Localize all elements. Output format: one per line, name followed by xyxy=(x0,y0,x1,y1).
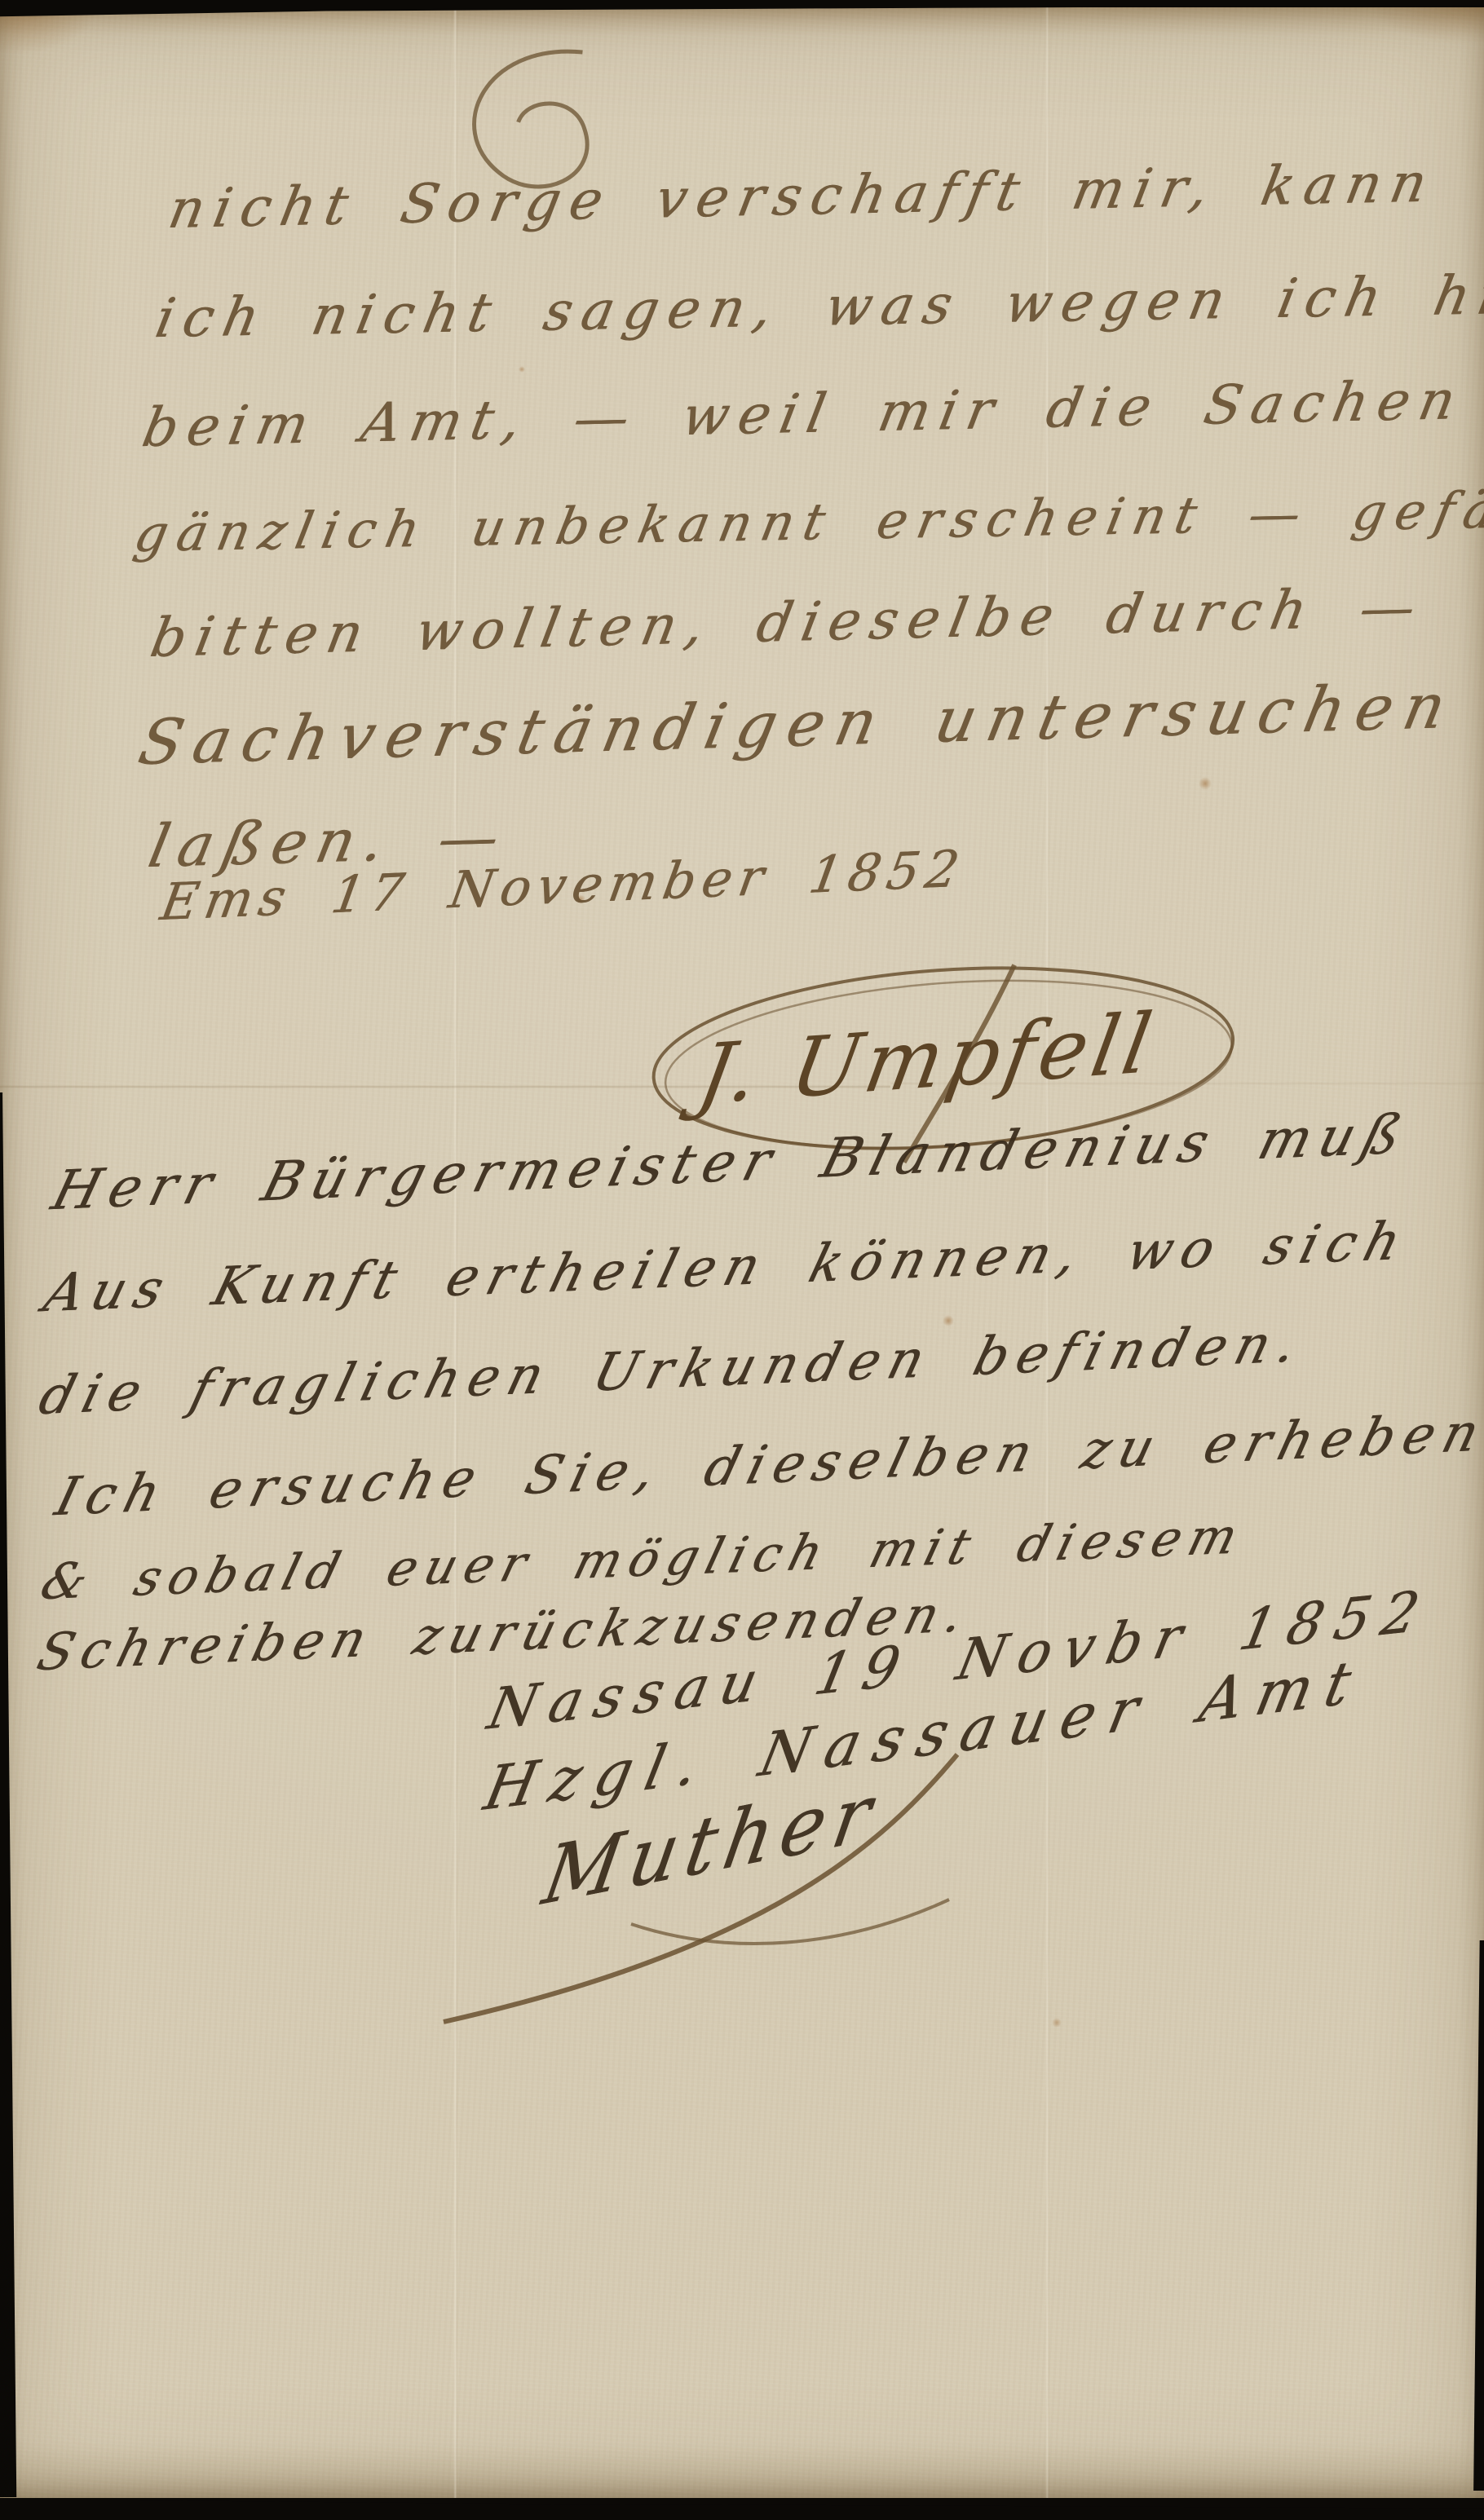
foxing-spot xyxy=(943,1315,954,1326)
foxing-spot xyxy=(1199,777,1212,790)
scanned-letter-page: nicht Sorge verschafft mir, kann ich nic… xyxy=(0,0,1484,2520)
foxing-spot xyxy=(1052,2018,1062,2028)
signature-flourish xyxy=(386,1745,1022,2054)
oval-signature-name: J. Umpfell xyxy=(677,995,1163,1123)
ink-fleck xyxy=(519,366,525,373)
